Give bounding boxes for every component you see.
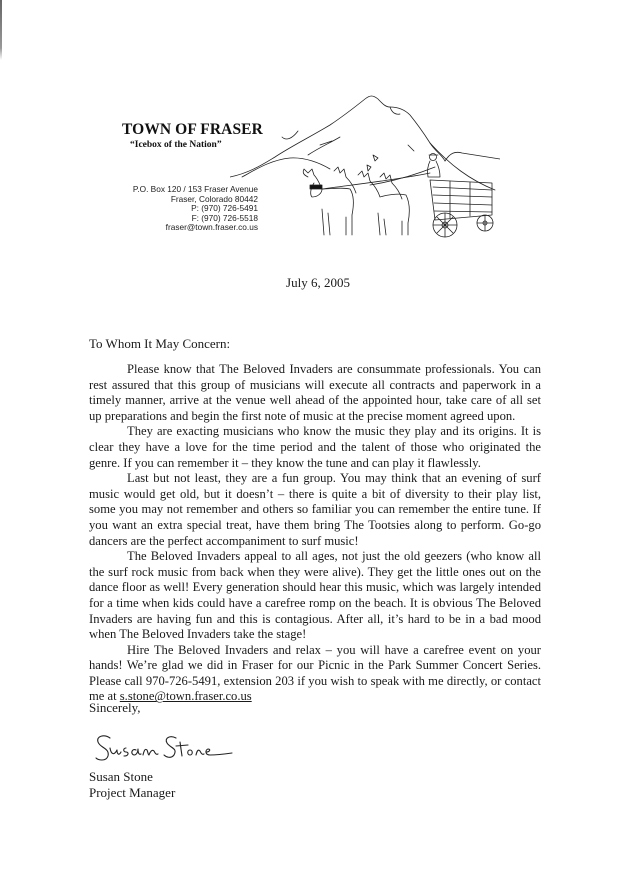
- scan-edge-artifact: [0, 0, 2, 60]
- salutation: To Whom It May Concern:: [89, 336, 230, 352]
- signer-block: Susan Stone Project Manager: [89, 769, 175, 801]
- letterhead: TOWN OF FRASER “Icebox of the Nation” P.…: [100, 85, 500, 245]
- handwritten-signature: Susan Stone: [90, 728, 240, 768]
- address-block: P.O. Box 120 / 153 Fraser Avenue Fraser,…: [100, 185, 258, 233]
- signer-title: Project Manager: [89, 785, 175, 801]
- body-paragraph: They are exacting musicians who know the…: [89, 424, 541, 471]
- mountain-horse-wagon-illustration: [230, 85, 500, 245]
- letter-date: July 6, 2005: [0, 275, 636, 291]
- body-paragraph: Please know that The Beloved Invaders ar…: [89, 362, 541, 424]
- body-paragraph: Last but not least, they are a fun group…: [89, 471, 541, 549]
- org-tagline: “Icebox of the Nation”: [130, 140, 222, 150]
- org-name: TOWN OF FRASER: [122, 121, 263, 139]
- signer-name: Susan Stone: [89, 769, 175, 785]
- closing: Sincerely,: [89, 700, 141, 716]
- body-paragraph-final: Hire The Beloved Invaders and relax – yo…: [89, 643, 541, 705]
- body-paragraph: The Beloved Invaders appeal to all ages,…: [89, 549, 541, 643]
- letter-body: Please know that The Beloved Invaders ar…: [89, 362, 541, 705]
- address-email: fraser@town.fraser.co.us: [100, 223, 258, 233]
